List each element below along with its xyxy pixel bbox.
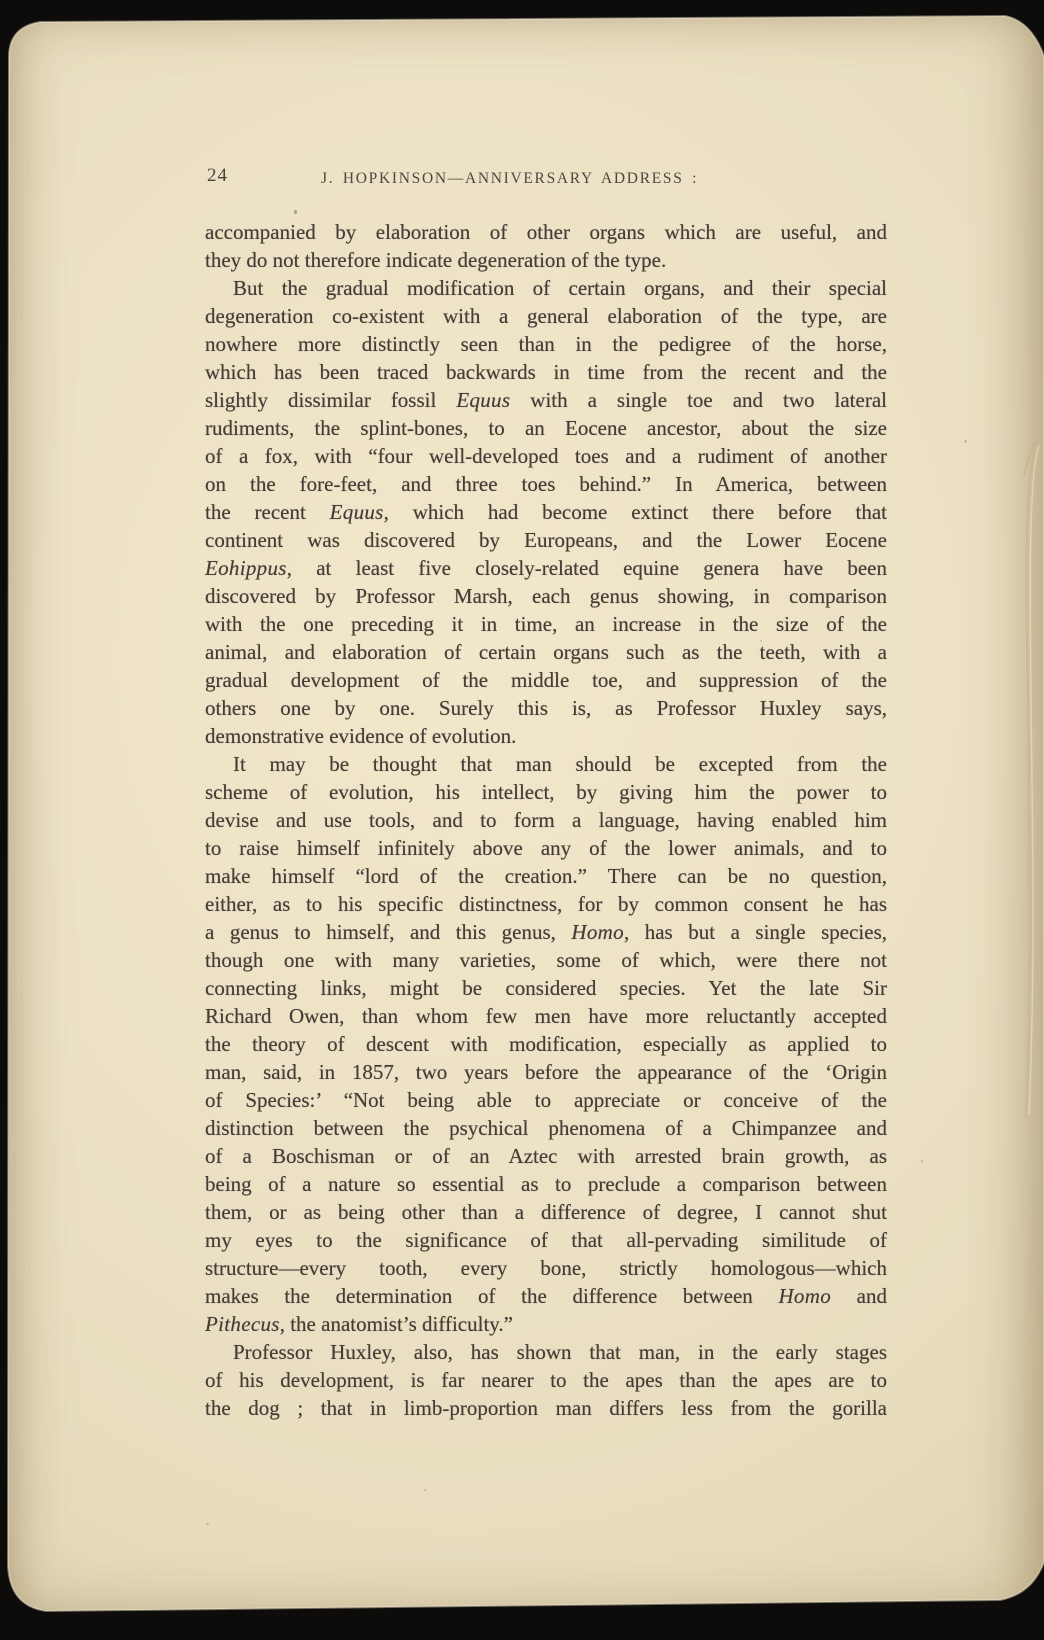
page-number: 24 — [207, 165, 228, 187]
text-line: to raise himself infinitely above any of… — [205, 834, 887, 862]
text-line: Pithecus, the anatomist’s difficulty.” — [205, 1310, 887, 1338]
text-line: makes the determination of the differenc… — [205, 1282, 887, 1310]
text-block: accompanied by elaboration of other orga… — [205, 218, 887, 1422]
text-line: devise and use tools, and to form a lang… — [205, 806, 887, 834]
text-line: though one with many varieties, some of … — [205, 946, 887, 974]
text-line: gradual development of the middle toe, a… — [205, 666, 887, 694]
page-content: 24 J. HOPKINSON—ANNIVERSARY ADDRESS : ac… — [205, 163, 887, 197]
text-line: with the one preceding it in time, an in… — [205, 610, 887, 638]
text-line: accompanied by elaboration of other orga… — [205, 218, 887, 246]
text-line: Eohippus, at least five closely-related … — [205, 554, 887, 582]
text-line: the dog ; that in limb-proportion man di… — [205, 1394, 887, 1422]
text-line: discovered by Professor Marsh, each genu… — [205, 582, 887, 610]
text-line: others one by one. Surely this is, as Pr… — [205, 694, 887, 722]
text-line: the theory of descent with modification,… — [205, 1030, 887, 1058]
text-line: being of a nature so essential as to pre… — [205, 1170, 887, 1198]
text-line: demonstrative evidence of evolution. — [205, 722, 887, 750]
text-line: structure—every tooth, every bone, stric… — [205, 1254, 887, 1282]
text-line: a genus to himself, and this genus, Homo… — [205, 918, 887, 946]
text-line: Richard Owen, than whom few men have mor… — [205, 1002, 887, 1030]
running-header-row: 24 J. HOPKINSON—ANNIVERSARY ADDRESS : — [205, 163, 887, 197]
text-line: animal, and elaboration of certain organ… — [205, 638, 887, 666]
book-page: 24 J. HOPKINSON—ANNIVERSARY ADDRESS : ac… — [0, 0, 1044, 1640]
text-line: them, or as being other than a differenc… — [205, 1198, 887, 1226]
text-line: of his development, is far nearer to the… — [205, 1366, 887, 1394]
paper-speck — [424, 1489, 426, 1491]
paper-speck — [294, 210, 297, 214]
text-line: man, said, in 1857, two years before the… — [205, 1058, 887, 1086]
scan-background: 24 J. HOPKINSON—ANNIVERSARY ADDRESS : ac… — [0, 0, 1044, 1640]
text-line: of a Boschisman or of an Aztec with arre… — [205, 1142, 887, 1170]
paper-speck — [206, 1523, 209, 1525]
text-line: make himself “lord of the creation.” The… — [205, 862, 887, 890]
text-line: my eyes to the significance of that all-… — [205, 1226, 887, 1254]
text-line: of Species:’ “Not being able to apprecia… — [205, 1086, 887, 1114]
text-line: which has been traced backwards in time … — [205, 358, 887, 386]
text-line: distinction between the psychical phenom… — [205, 1114, 887, 1142]
text-line: connecting links, might be considered sp… — [205, 974, 887, 1002]
text-line: rudiments, the splint-bones, to an Eocen… — [205, 414, 887, 442]
text-line: degeneration co-existent with a general … — [205, 302, 887, 330]
running-header: J. HOPKINSON—ANNIVERSARY ADDRESS : — [321, 170, 698, 188]
text-line: scheme of evolution, his intellect, by g… — [205, 778, 887, 806]
text-line: Professor Huxley, also, has shown that m… — [205, 1338, 887, 1366]
text-line: of a fox, with “four well-developed toes… — [205, 442, 887, 470]
text-line: either, as to his specific distinctness,… — [205, 890, 887, 918]
scanned-book-page: { "document": { "page_number": "24", "ru… — [0, 0, 1044, 1640]
text-line: they do not therefore indicate degenerat… — [205, 246, 887, 274]
text-line: But the gradual modification of certain … — [205, 274, 887, 302]
text-line: the recent Equus, which had become extin… — [205, 498, 887, 526]
text-line: slightly dissimilar fossil Equus with a … — [205, 386, 887, 414]
text-line: It may be thought that man should be exc… — [205, 750, 887, 778]
paper-speck — [964, 440, 967, 443]
text-line: continent was discovered by Europeans, a… — [205, 526, 887, 554]
text-line: on the fore-feet, and three toes behind.… — [205, 470, 887, 498]
text-line: nowhere more distinctly seen than in the… — [205, 330, 887, 358]
paper-speck — [921, 1160, 923, 1163]
